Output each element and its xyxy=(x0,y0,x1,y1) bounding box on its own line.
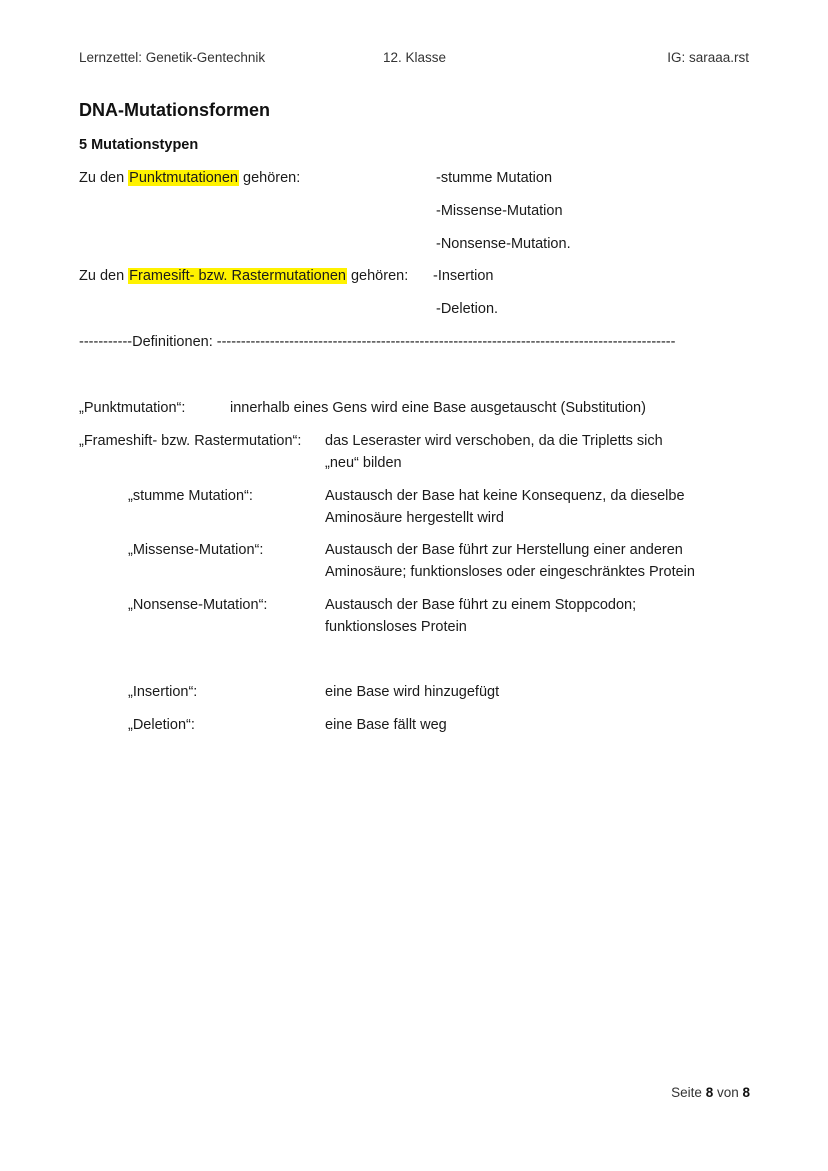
label-prefix: Zu den xyxy=(79,170,128,186)
label-suffix: gehören: xyxy=(347,268,408,284)
page-total: 8 xyxy=(742,1085,750,1100)
list-item: -Nonsense-Mutation. xyxy=(436,236,571,252)
definition-line: Austausch der Base führt zur Herstellung… xyxy=(325,539,695,561)
definition-term: „Missense-Mutation“: xyxy=(128,542,263,558)
definition-text: das Leseraster wird verschoben, da die T… xyxy=(325,430,663,474)
page-number: Seite 8 von 8 xyxy=(671,1085,750,1100)
section-subtitle: 5 Mutationstypen xyxy=(79,137,198,153)
definition-term: „Frameshift- bzw. Rastermutation“: xyxy=(79,433,301,449)
definition-term: „Nonsense-Mutation“: xyxy=(128,597,267,613)
page-middle: von xyxy=(713,1085,742,1100)
classification-point-label: Zu den Punktmutationen gehören: xyxy=(79,170,300,186)
page-title: DNA-Mutationsformen xyxy=(79,100,270,121)
definition-term: „Punktmutation“: xyxy=(79,400,185,416)
definition-term: „stumme Mutation“: xyxy=(128,488,253,504)
highlighted-term: Punktmutationen xyxy=(128,170,239,186)
header-center: 12. Klasse xyxy=(383,50,446,65)
definition-line: „neu“ bilden xyxy=(325,452,663,474)
classification-frameshift-label: Zu den Framesift- bzw. Rastermutationen … xyxy=(79,268,408,284)
definition-line: Austausch der Base hat keine Konsequenz,… xyxy=(325,485,685,507)
definition-line: eine Base fällt weg xyxy=(325,714,447,736)
highlighted-term: Framesift- bzw. Rastermutationen xyxy=(128,268,347,284)
header-right: IG: saraaa.rst xyxy=(667,50,749,65)
definition-term: „Deletion“: xyxy=(128,717,195,733)
header-left: Lernzettel: Genetik-Gentechnik xyxy=(79,50,265,65)
definition-line: eine Base wird hinzugefügt xyxy=(325,681,499,703)
definition-text: eine Base wird hinzugefügt xyxy=(325,681,499,703)
definition-line: Aminosäure; funktionsloses oder eingesch… xyxy=(325,561,695,583)
label-prefix: Zu den xyxy=(79,268,128,284)
list-item: -Missense-Mutation xyxy=(436,203,563,219)
definition-line: innerhalb eines Gens wird eine Base ausg… xyxy=(230,397,646,419)
definition-term: „Insertion“: xyxy=(128,684,197,700)
list-item: -stumme Mutation xyxy=(436,170,552,186)
definition-text: eine Base fällt weg xyxy=(325,714,447,736)
list-item: -Deletion. xyxy=(436,301,498,317)
definition-text: Austausch der Base führt zur Herstellung… xyxy=(325,539,695,583)
definition-text: innerhalb eines Gens wird eine Base ausg… xyxy=(230,397,646,419)
page-prefix: Seite xyxy=(671,1085,706,1100)
label-suffix: gehören: xyxy=(239,170,300,186)
definition-line: funktionsloses Protein xyxy=(325,616,636,638)
definition-line: Austausch der Base führt zu einem Stoppc… xyxy=(325,594,636,616)
definition-line: das Leseraster wird verschoben, da die T… xyxy=(325,430,663,452)
definition-text: Austausch der Base hat keine Konsequenz,… xyxy=(325,485,685,529)
definition-line: Aminosäure hergestellt wird xyxy=(325,507,685,529)
list-item: -Insertion xyxy=(433,268,493,284)
definition-text: Austausch der Base führt zu einem Stoppc… xyxy=(325,594,636,638)
definitions-divider: -----------Definitionen: ---------------… xyxy=(79,334,675,350)
